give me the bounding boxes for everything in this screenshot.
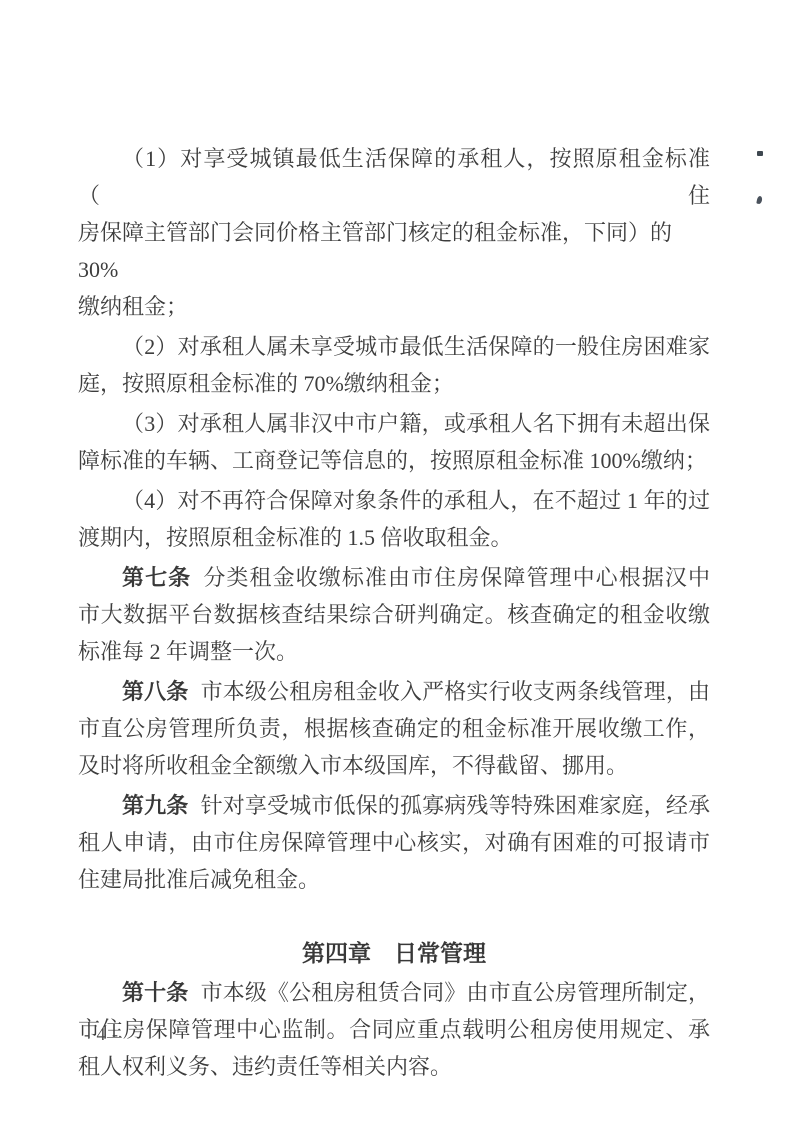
text-line: 住建局批准后减免租金。 bbox=[78, 861, 710, 898]
text-line: （2）对承租人属未享受城市最低生活保障的一般住房困难家 bbox=[78, 328, 710, 365]
clause-1: （1）对享受城镇最低生活保障的承租人，按照原租金标准（住 房保障主管部门会同价格… bbox=[78, 140, 710, 325]
article-9-label: 第九条 bbox=[122, 793, 188, 818]
text-line: 市直公房管理所负责，根据核查确定的租金标准开展收缴工作， bbox=[78, 710, 710, 747]
text-line: 租人权利义务、违约责任等相关内容。 bbox=[78, 1048, 710, 1085]
article-10: 第十条市本级《公租房租赁合同》由市直公房管理所制定， 市住房保障管理中心监制。合… bbox=[78, 974, 710, 1085]
text-line: 庭，按照原租金标准的 70%缴纳租金； bbox=[78, 365, 710, 402]
text-line: 第十条市本级《公租房租赁合同》由市直公房管理所制定， bbox=[78, 974, 710, 1011]
text-line: （4）对不再符合保障对象条件的承租人，在不超过 1 年的过 bbox=[78, 482, 710, 519]
scan-speck-icon bbox=[757, 151, 763, 156]
article-7: 第七条分类租金收缴标准由市住房保障管理中心根据汉中 市大数据平台数据核查结果综合… bbox=[78, 559, 710, 670]
article-7-label: 第七条 bbox=[122, 565, 191, 590]
text-run: 市本级公租房租金收入严格实行收支两条线管理，由 bbox=[201, 679, 710, 704]
chapter-heading: 第四章 日常管理 bbox=[78, 935, 710, 972]
article-10-label: 第十条 bbox=[122, 980, 188, 1005]
text-line: 市住房保障管理中心监制。合同应重点载明公租房使用规定、承 bbox=[78, 1011, 710, 1048]
text-line: 第九条针对享受城市低保的孤寡病残等特殊困难家庭，经承 bbox=[78, 787, 710, 824]
text-line: 标准每 2 年调整一次。 bbox=[78, 633, 710, 670]
text-line: 渡期内，按照原租金标准的 1.5 倍收取租金。 bbox=[78, 519, 710, 556]
text-line: 市大数据平台数据核查结果综合研判确定。核查确定的租金收缴 bbox=[78, 596, 710, 633]
text-line: 障标准的车辆、工商登记等信息的，按照原租金标准 100%缴纳； bbox=[78, 442, 710, 479]
page-number: - 4 - bbox=[84, 1024, 119, 1045]
text-line: （1）对享受城镇最低生活保障的承租人，按照原租金标准（住 bbox=[78, 140, 710, 214]
text-line: 第七条分类租金收缴标准由市住房保障管理中心根据汉中 bbox=[78, 559, 710, 596]
clause-3: （3）对承租人属非汉中市户籍，或承租人名下拥有未超出保 障标准的车辆、工商登记等… bbox=[78, 405, 710, 479]
text-line: （3）对承租人属非汉中市户籍，或承租人名下拥有未超出保 bbox=[78, 405, 710, 442]
scan-speck-icon bbox=[756, 196, 763, 205]
text-run: 分类租金收缴标准由市住房保障管理中心根据汉中 bbox=[203, 565, 710, 590]
clause-4: （4）对不再符合保障对象条件的承租人，在不超过 1 年的过 渡期内，按照原租金标… bbox=[78, 482, 710, 556]
text-line: 房保障主管部门会同价格主管部门核定的租金标准，下同）的 30% bbox=[78, 214, 710, 288]
clause-2: （2）对承租人属未享受城市最低生活保障的一般住房困难家 庭，按照原租金标准的 7… bbox=[78, 328, 710, 402]
text-run: 针对享受城市低保的孤寡病残等特殊困难家庭，经承 bbox=[201, 793, 710, 818]
document-body: （1）对享受城镇最低生活保障的承租人，按照原租金标准（住 房保障主管部门会同价格… bbox=[78, 140, 710, 1088]
article-8-label: 第八条 bbox=[122, 679, 188, 704]
text-line: 缴纳租金； bbox=[78, 288, 710, 325]
text-line: 第八条市本级公租房租金收入严格实行收支两条线管理，由 bbox=[78, 673, 710, 710]
text-run: 市本级《公租房租赁合同》由市直公房管理所制定， bbox=[201, 980, 710, 1005]
text-line: 及时将所收租金全额缴入市本级国库，不得截留、挪用。 bbox=[78, 747, 710, 784]
article-8: 第八条市本级公租房租金收入严格实行收支两条线管理，由 市直公房管理所负责，根据核… bbox=[78, 673, 710, 784]
article-9: 第九条针对享受城市低保的孤寡病残等特殊困难家庭，经承 租人申请，由市住房保障管理… bbox=[78, 787, 710, 898]
text-line: 租人申请，由市住房保障管理中心核实，对确有困难的可报请市 bbox=[78, 824, 710, 861]
document-page: （1）对享受城镇最低生活保障的承租人，按照原租金标准（住 房保障主管部门会同价格… bbox=[0, 0, 792, 1122]
